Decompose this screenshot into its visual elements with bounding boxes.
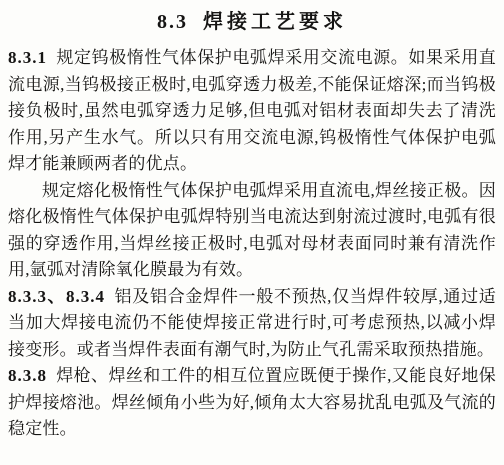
document-page: 8.3焊接工艺要求 8.3.1规定钨极惰性气体保护电弧焊采用交流电源。如果采用直… — [0, 0, 504, 465]
clause-text: 规定熔化极惰性气体保护电弧焊采用直流电,焊丝接正极。因熔化极惰性气体保护电弧焊特… — [8, 181, 496, 280]
clause-paragraph-continuation: 规定熔化极惰性气体保护电弧焊采用直流电,焊丝接正极。因熔化极惰性气体保护电弧焊特… — [8, 178, 496, 284]
clause-number: 8.3.1 — [8, 48, 47, 67]
clause-paragraph-8-3-1: 8.3.1规定钨极惰性气体保护电弧焊采用交流电源。如果采用直流电源,当钨极接正极… — [8, 45, 496, 178]
section-heading-number: 8.3 — [157, 11, 188, 33]
clause-paragraph-8-3-8: 8.3.8焊枪、焊丝和工件的相互位置应既便于操作,又能良好地保护焊接熔池。焊丝倾… — [8, 363, 496, 443]
clause-paragraph-8-3-3-8-3-4: 8.3.3、8.3.4铝及铝合金焊件一般不预热,仅当焊件较厚,通过适当加大焊接电… — [8, 284, 496, 364]
clause-text: 焊枪、焊丝和工件的相互位置应既便于操作,又能良好地保护焊接熔池。焊丝倾角小些为好… — [8, 366, 496, 438]
section-heading-text: 焊接工艺要求 — [203, 11, 347, 33]
clause-text: 规定钨极惰性气体保护电弧焊采用交流电源。如果采用直流电源,当钨极接正极时,电弧穿… — [8, 48, 496, 173]
clause-number: 8.3.3、8.3.4 — [8, 287, 105, 306]
section-heading: 8.3焊接工艺要求 — [8, 10, 496, 34]
clause-number: 8.3.8 — [8, 366, 47, 385]
